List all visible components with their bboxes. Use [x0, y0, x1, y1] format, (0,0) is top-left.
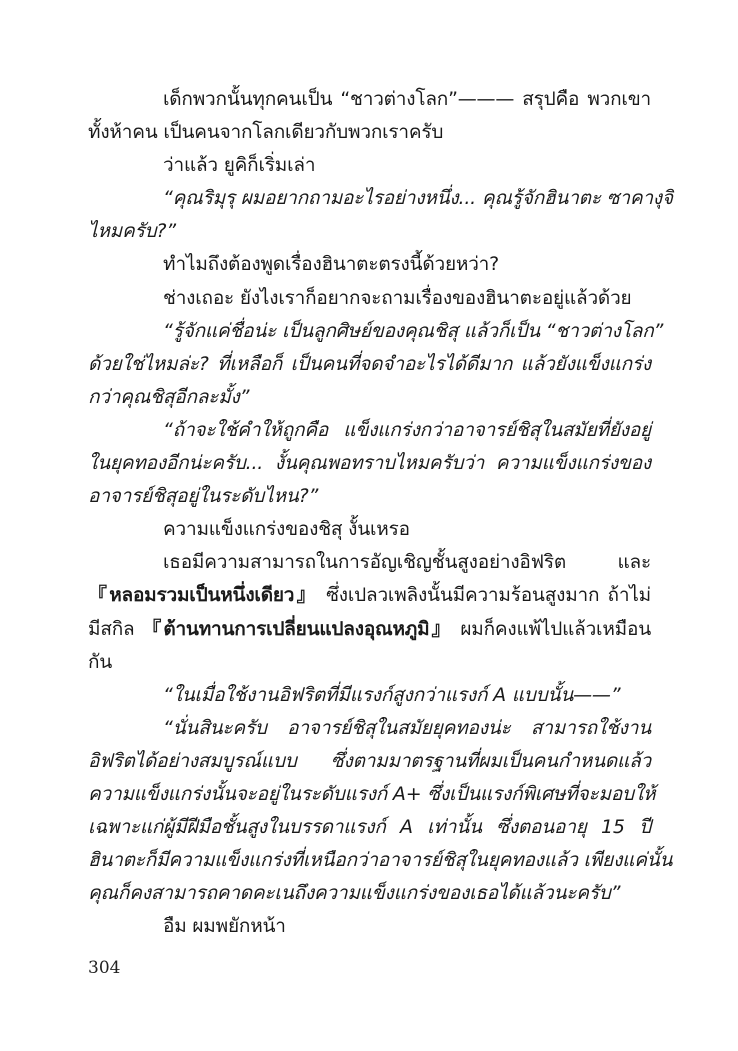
dialogue-line: อิฟริตได้อย่างสมบูรณ์แบบ ซึ่งตามมาตรฐานท… — [88, 745, 651, 778]
skill-line-rest: ซึ่งเปลวเพลิงนั้นมีความร้อนสูงมาก ถ้าไม่ — [318, 584, 651, 606]
text-line: เด็กพวกนั้นทุกคนเป็น “ชาวต่างโลก”——— สรุ… — [88, 83, 651, 116]
dialogue-line: ฮินาตะก็มีความแข็งแกร่งที่เหนือกว่าอาจาร… — [88, 844, 651, 877]
dialogue-line: กว่าคุณชิสุอีกละมั้ง” — [88, 381, 651, 414]
dialogue-line: “คุณริมุรุ ผมอยากถามอะไรอย่างหนึ่ง... คุ… — [88, 182, 651, 215]
text-line: กัน — [88, 646, 651, 679]
document-page: เด็กพวกนั้นทุกคนเป็น “ชาวต่างโลก”——— สรุ… — [88, 83, 651, 943]
dialogue-line: ความแข็งแกร่งนั้นจะอยู่ในระดับแรงก์ A+ ซ… — [88, 778, 651, 811]
skill-bracket-close: 』 — [429, 618, 452, 640]
dialogue-line: อาจารย์ชิสุอยู่ในระดับไหน?” — [88, 480, 651, 513]
dialogue-line: “นั่นสินะครับ อาจารย์ชิสุในสมัยยุคทองน่ะ… — [88, 712, 651, 745]
dialogue-line: ไหมครับ?” — [88, 215, 651, 248]
dialogue-line: คุณก็คงสามารถคาดคะเนถึงความแข็งแกร่งของเ… — [88, 877, 651, 910]
skill-line: มีสกิล 『ต้านทานการเปลี่ยนแปลงอุณหภูมิ』 ผ… — [88, 613, 651, 646]
skill-line-rest: ผมก็คงแพ้ไปแล้วเหมือน — [452, 618, 651, 640]
page-number: 304 — [88, 958, 120, 978]
dialogue-line: ในยุคทองอีกน่ะครับ... งั้นคุณพอทราบไหมคร… — [88, 447, 651, 480]
dialogue-line: ด้วยใช่ไหมล่ะ? ที่เหลือก็ เป็นคนที่จดจำอ… — [88, 348, 651, 381]
skill-line-prefix: มีสกิล — [88, 618, 142, 640]
dialogue-line: “ถ้าจะใช้คำให้ถูกคือ แข็งแกร่งกว่าอาจารย… — [88, 414, 651, 447]
text-line: ความแข็งแกร่งของชิสุ งั้นเหรอ — [88, 513, 651, 546]
skill-bracket-close: 』 — [294, 584, 318, 606]
text-line: เธอมีความสามารถในการอัญเชิญชั้นสูงอย่างอ… — [88, 546, 651, 579]
dialogue-line: “ในเมื่อใช้งานอิฟริตที่มีแรงก์สูงกว่าแรง… — [88, 679, 651, 712]
skill-name: ต้านทานการเปลี่ยนแปลงอุณหภูมิ — [163, 618, 429, 640]
text-line: อืม ผมพยักหน้า — [88, 910, 651, 943]
text-line: ช่างเถอะ ยังไงเราก็อยากจะถามเรื่องของฮิน… — [88, 282, 651, 315]
skill-bracket-open: 『 — [142, 618, 163, 640]
text-line: ทำไมถึงต้องพูดเรื่องฮินาตะตรงนี้ด้วยหว่า… — [88, 248, 651, 281]
skill-name: หลอมรวมเป็นหนึ่งเดียว — [109, 584, 294, 606]
text-line: ทั้งห้าคน เป็นคนจากโลกเดียวกับพวกเราครับ — [88, 116, 651, 149]
dialogue-line: เฉพาะแก่ผู้มีฝีมือชั้นสูงในบรรดาแรงก์ A … — [88, 811, 651, 844]
skill-line: 『หลอมรวมเป็นหนึ่งเดียว』 ซึ่งเปลวเพลิงนั้… — [88, 579, 651, 612]
text-line: ว่าแล้ว ยูคิก็เริ่มเล่า — [88, 149, 651, 182]
dialogue-line: “รู้จักแค่ชื่อน่ะ เป็นลูกศิษย์ของคุณชิสุ… — [88, 315, 651, 348]
skill-bracket-open: 『 — [88, 584, 109, 606]
